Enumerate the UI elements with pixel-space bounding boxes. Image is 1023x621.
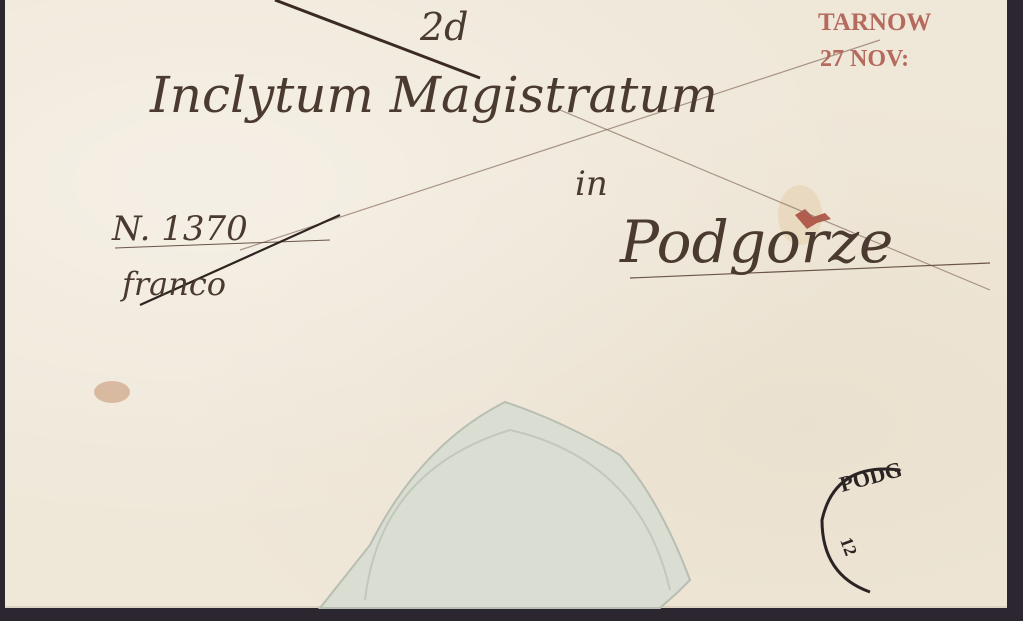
- arrival-postmark-date: 12: [836, 535, 861, 559]
- docket-number: N. 1370: [111, 209, 248, 249]
- franco-note: franco: [120, 265, 226, 303]
- stain: [94, 381, 130, 403]
- destination-town: Podgorze: [619, 208, 893, 276]
- origin-postmark-town: TARNOW: [818, 9, 931, 36]
- top-note: 2d: [419, 5, 469, 49]
- letter-markings: 2d Inclytum Magistratum in Podgorze N. 1…: [0, 0, 1023, 621]
- arrival-postmark: PODG 12: [822, 456, 905, 592]
- arrival-postmark-town: PODG: [837, 456, 905, 497]
- paper-seal: [320, 402, 690, 608]
- addressee-line: Inclytum Magistratum: [149, 66, 718, 124]
- origin-postmark-date: 27 NOV:: [820, 46, 909, 72]
- in-word: in: [575, 164, 608, 204]
